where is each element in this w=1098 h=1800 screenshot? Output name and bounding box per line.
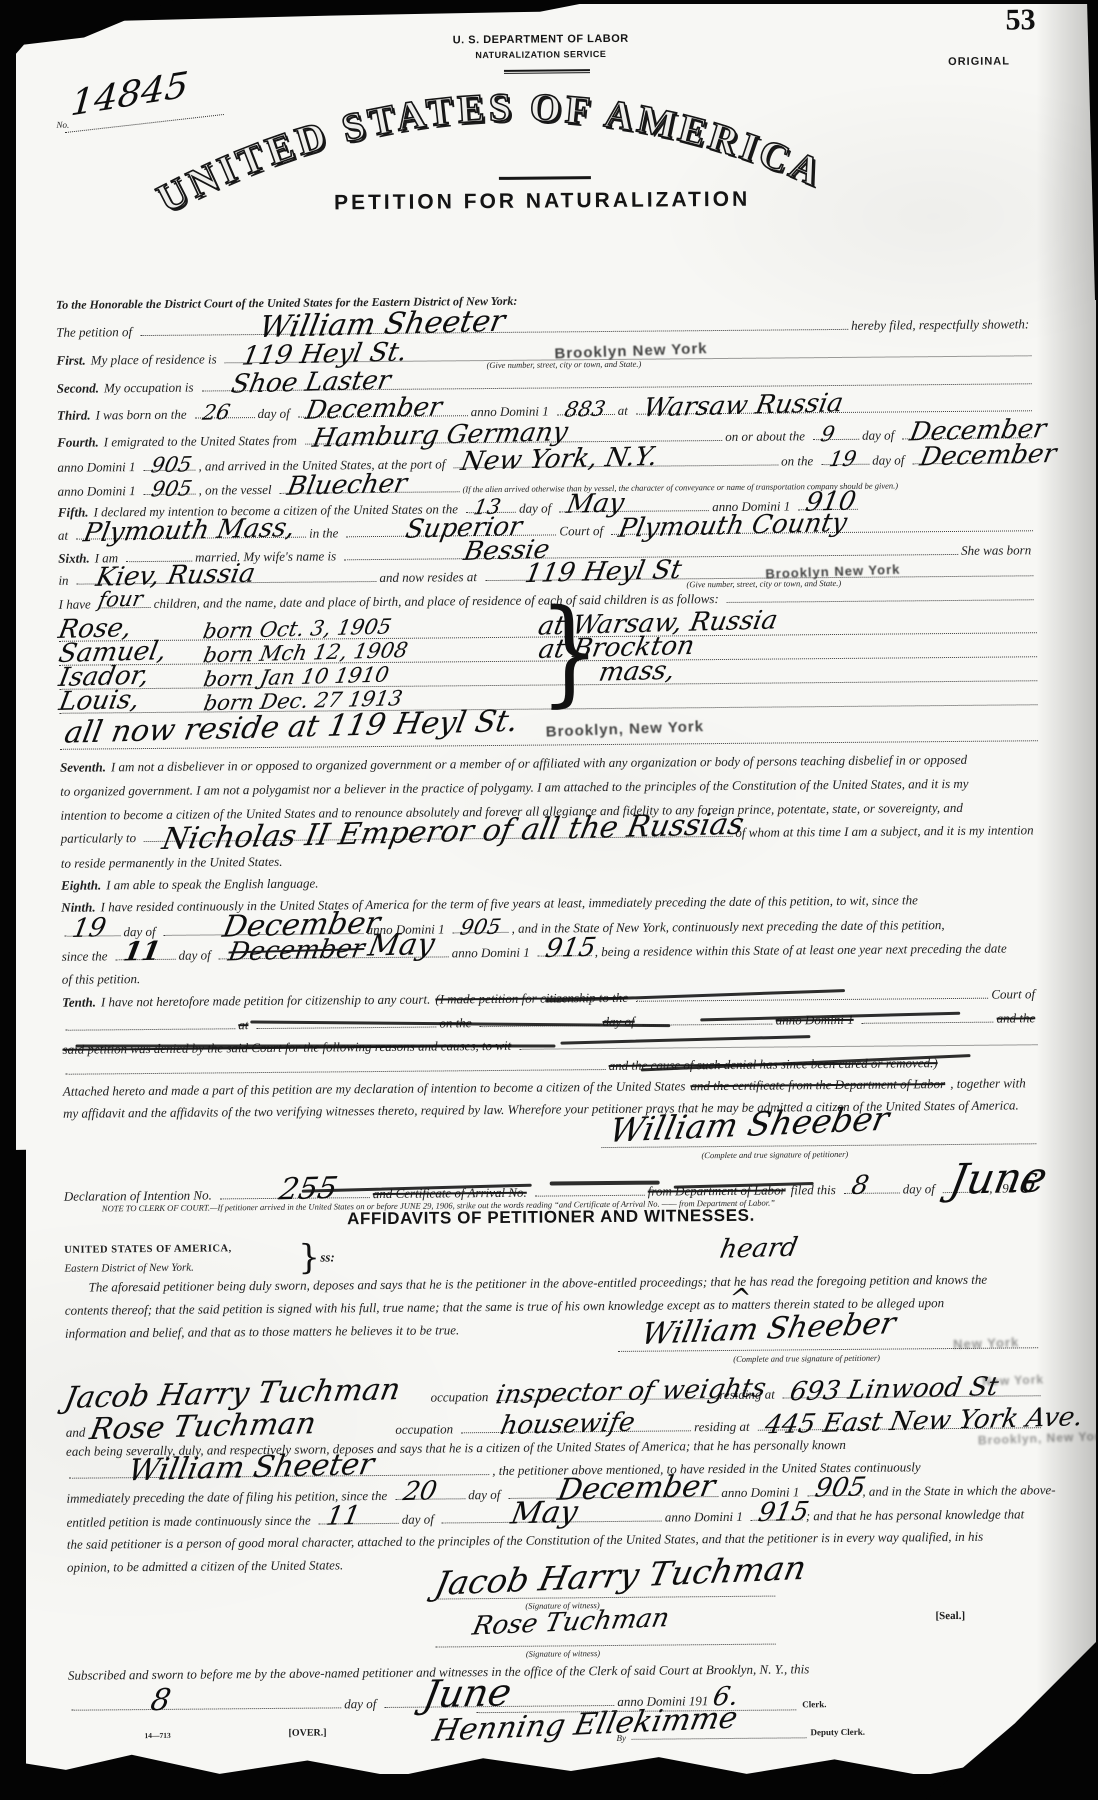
line-seventh-1: Seventh. I am not a disbeliever in or op… bbox=[60, 751, 1038, 776]
blank-witness-1-address: 693 Linwood St New York bbox=[783, 1383, 1041, 1398]
new-york-stamp-1: New York bbox=[953, 1335, 1020, 1352]
blank-witness-1-occupation: inspector of weights bbox=[496, 1386, 716, 1401]
blank-emigration-day: 9 bbox=[813, 427, 859, 440]
seventh-label: Seventh. bbox=[60, 759, 106, 776]
blank-birth-day: 26 bbox=[194, 405, 254, 419]
since-the: since the bbox=[62, 948, 108, 965]
birth-place: Warsaw Russia bbox=[641, 392, 845, 421]
us-res-year: 905 bbox=[459, 918, 503, 938]
blank-us-res-month: December bbox=[164, 921, 364, 936]
blank-state-year: 915 bbox=[751, 1507, 803, 1520]
blank-emigration-place: Hamburg Germany bbox=[305, 428, 723, 445]
blank-state-day: 11 bbox=[319, 1511, 399, 1525]
occupation-value: Shoe Laster bbox=[229, 369, 392, 397]
state-res-day: 11 bbox=[121, 940, 162, 964]
tenth-text: I have not heretofore made petition for … bbox=[101, 992, 431, 1011]
ink-strike bbox=[75, 1045, 555, 1048]
aff-line-1: The aforesaid petitioner being duly swor… bbox=[65, 1271, 1043, 1296]
tenth-and-the: and the bbox=[997, 1010, 1036, 1027]
anno-domini-3: anno Domini 1 bbox=[58, 483, 136, 500]
intention-place: Plymouth Mass, bbox=[82, 516, 297, 545]
line-ninth-3: since the 11 day of December May anno Do… bbox=[62, 939, 1040, 965]
line-tenth-1: Tenth. I have not heretofore made petiti… bbox=[62, 985, 1040, 1011]
blank-state-month: May bbox=[442, 1509, 662, 1524]
line-all-reside: all now reside at 119 Heyl St. Brooklyn,… bbox=[60, 707, 1038, 750]
blank-wife-birthplace: Kiev, Russia bbox=[76, 569, 376, 585]
blank-state-res-year: 915 bbox=[538, 943, 592, 956]
line-ninth-4: of this petition. bbox=[62, 963, 1040, 988]
tenth-at: at bbox=[238, 1017, 248, 1033]
particularly-to: particularly to bbox=[61, 830, 137, 847]
aff-line8-text: the said petitioner is a person of good … bbox=[67, 1529, 984, 1553]
in-the-1: in the bbox=[309, 525, 338, 542]
court-of-2: Court of bbox=[991, 986, 1035, 1003]
deputy-clerk-label: Deputy Clerk. bbox=[810, 1727, 865, 1739]
ss-label: ss: bbox=[320, 1249, 335, 1265]
blank-arrival-day: 19 bbox=[821, 452, 869, 465]
anno-domini-2: anno Domini 1 bbox=[57, 459, 135, 476]
tenth-label: Tenth. bbox=[62, 994, 96, 1011]
blank-decl-number: 255 bbox=[220, 1185, 370, 1199]
blank-state-res-day: 11 bbox=[115, 947, 175, 961]
showeth-text: hereby filed, respectfully showeth: bbox=[851, 316, 1029, 334]
filed-day: 8 bbox=[849, 1174, 870, 1198]
res-day: 20 bbox=[401, 1480, 439, 1504]
anno-domini-8: anno Domini 1 bbox=[665, 1509, 743, 1526]
blank-us-res-day: 19 bbox=[64, 923, 120, 936]
line-second: Second. My occupation is Shoe Laster bbox=[57, 371, 1035, 397]
blank-vessel: Bluecher bbox=[279, 479, 459, 494]
no-label: No. bbox=[56, 120, 69, 131]
blank-us-res-year: 905 bbox=[453, 920, 509, 933]
witness-2-signature-note: (Signature of witness) bbox=[526, 1648, 600, 1659]
ninth-text: I have resided continuously in the Unite… bbox=[101, 892, 918, 915]
line-arrival: anno Domini 1 905 , and arrived in the U… bbox=[57, 450, 1035, 476]
children-brace: } bbox=[538, 584, 600, 719]
aff-line3-text: information and belief, and that as to t… bbox=[65, 1322, 459, 1342]
res-year: 905 bbox=[813, 1476, 867, 1501]
line-eighth: Eighth. I am able to speak the English l… bbox=[61, 869, 1039, 894]
blank-children-count: four bbox=[99, 595, 151, 608]
arrival-port: New York, N.Y. bbox=[459, 445, 659, 474]
affidavit-petitioner-signature: William Sheeber bbox=[639, 1310, 898, 1348]
at-1: at bbox=[618, 403, 628, 419]
clerk-label: Clerk. bbox=[802, 1699, 826, 1710]
aff-line-7: entitled petition is made continuously s… bbox=[67, 1505, 1045, 1531]
petitioner-signature: William Sheeber bbox=[607, 1104, 892, 1146]
eighth-label: Eighth. bbox=[61, 877, 101, 894]
document-content: 53 U. S. DEPARTMENT OF LABOR NATURALIZAT… bbox=[0, 0, 1098, 1800]
emigration-day: 9 bbox=[819, 425, 836, 444]
aff-line9-text: opinion, to be admitted a citizen of the… bbox=[67, 1557, 343, 1576]
reside-line: to reside permanently in the United Stat… bbox=[61, 854, 283, 872]
heard-insert: heard bbox=[718, 1237, 799, 1262]
blank-intention-month: May bbox=[559, 498, 709, 512]
affidavit-signature-note: (Complete and true signature of petition… bbox=[733, 1353, 880, 1364]
day-of-2: day of bbox=[862, 427, 894, 444]
line-seventh-2: to organized government. I am not a poly… bbox=[60, 775, 1038, 800]
residing-at-2: residing at bbox=[694, 1419, 750, 1436]
blank-res-year: 905 bbox=[807, 1483, 859, 1496]
fifth-label: Fifth. bbox=[58, 505, 89, 522]
first-text: My place of residence is bbox=[91, 351, 217, 368]
wife-residence: 119 Heyl St bbox=[522, 559, 682, 587]
petition-of-label: The petition of bbox=[56, 324, 132, 341]
child-3-place: mass, bbox=[597, 660, 677, 685]
third-label: Third. bbox=[57, 407, 91, 424]
jurat-month: June bbox=[421, 1675, 514, 1712]
fourth-text: I emigrated to the United States from bbox=[104, 433, 297, 451]
brooklyn-stamp-3: Brooklyn, New York bbox=[546, 718, 705, 741]
blank-filed-month: June bbox=[943, 1180, 986, 1193]
new-york-stamp-2: New York bbox=[982, 1372, 1044, 1388]
subject-text: of whom at this time I am a subject, and… bbox=[735, 822, 1033, 841]
aff-line1-text: The aforesaid petitioner being duly swor… bbox=[89, 1272, 988, 1296]
day-of-6: day of bbox=[178, 947, 210, 964]
day-of-10: day of bbox=[344, 1696, 376, 1713]
blank-birth-month: December bbox=[298, 403, 468, 417]
witness-1-name: Jacob Harry Tuchman bbox=[62, 1375, 428, 1411]
witness-2-signature-line bbox=[436, 1644, 776, 1648]
witness-1-address: 693 Linwood St bbox=[788, 1375, 1000, 1404]
aff-line-5: William Sheeter , the petitioner above m… bbox=[66, 1457, 1044, 1483]
seventh-line2: to organized government. I am not a poly… bbox=[60, 776, 968, 800]
address-note-1: (Give number, street, city or town, and … bbox=[487, 359, 642, 370]
line-opener: To the Honorable the District Court of t… bbox=[56, 289, 1034, 313]
second-text: My occupation is bbox=[104, 380, 194, 397]
witness-2-name: Rose Tuchman bbox=[87, 1408, 393, 1443]
blank-res-day: 20 bbox=[395, 1486, 465, 1500]
state-res-month: May bbox=[366, 931, 437, 960]
blank-petitioner-name: William Sheeter bbox=[140, 317, 848, 336]
aff-line-3: information and belief, and that as to t… bbox=[65, 1317, 1043, 1342]
blank-jurat-month: June bbox=[384, 1693, 614, 1708]
ninth-text4: of this petition. bbox=[62, 971, 141, 988]
in-word: in bbox=[58, 573, 68, 589]
line-attached-2: my affidavit and the affidavits of the t… bbox=[63, 1097, 1041, 1122]
witness-1-occupation: inspector of weights bbox=[494, 1377, 768, 1407]
occupation-label-1: occupation bbox=[430, 1389, 488, 1406]
arrival-year-905a: 905 bbox=[150, 455, 194, 475]
blank-filed-day: 8 bbox=[844, 1180, 900, 1193]
tenth-struck2: said petition was denied by the said Cou… bbox=[62, 1038, 511, 1058]
blank-arrival-port: New York, N.Y. bbox=[453, 453, 778, 469]
on-or-about: on or about the bbox=[725, 428, 805, 445]
intention-month: May bbox=[565, 492, 626, 517]
children-intro-a: I have bbox=[59, 597, 91, 614]
state-month: May bbox=[509, 1499, 580, 1528]
and-label: and bbox=[66, 1425, 86, 1441]
sixth-label: Sixth. bbox=[58, 551, 90, 568]
us-res-day: 19 bbox=[70, 917, 108, 941]
jurat-day: 8 bbox=[149, 1687, 173, 1715]
residence-value: 119 Heyl St. bbox=[240, 341, 409, 369]
witness-1-line: Jacob Harry Tuchman occupation inspector… bbox=[65, 1373, 1043, 1409]
address-note-2: (Give number, street, city or town, and … bbox=[686, 578, 841, 589]
original-label: ORIGINAL bbox=[948, 55, 1010, 68]
blank-intention-place: Plymouth Mass, bbox=[76, 525, 306, 540]
blank-witness-2-address: 445 East New York Ave. Brooklyn, New Yor… bbox=[758, 1415, 1041, 1430]
arrival-month: December bbox=[918, 442, 1058, 469]
state-res-month-struck: December bbox=[226, 938, 366, 965]
blank-arrival-month: December bbox=[912, 450, 1032, 464]
jurat-line-1: Subscribed and sworn to before me by the… bbox=[68, 1659, 1046, 1684]
by-label: By bbox=[616, 1733, 626, 1744]
blank-children-trail bbox=[727, 587, 1034, 603]
known-name: William Sheeter bbox=[126, 1451, 376, 1484]
at-2: at bbox=[58, 528, 68, 544]
aff-line-8: the said petitioner is a person of good … bbox=[67, 1528, 1045, 1553]
she-was-born: She was born bbox=[961, 542, 1031, 559]
deputy-clerk-line bbox=[632, 1737, 807, 1740]
blank-sovereign: Nicholas II Emperor of all the Russias bbox=[144, 824, 732, 842]
venue-line-2: Eastern District of New York. bbox=[64, 1262, 194, 1277]
day-of-9: day of bbox=[402, 1512, 434, 1529]
blank-intention-county: Plymouth County bbox=[611, 518, 1033, 535]
blank-arrival-year: 905 bbox=[143, 458, 195, 471]
aff-line6b-text: , and in the State in which the above- bbox=[862, 1482, 1055, 1500]
tenth-day-of: day of bbox=[602, 1014, 634, 1031]
blank-vessel-year: 905 bbox=[144, 482, 196, 495]
on-the-1: on the bbox=[781, 453, 813, 470]
line-sovereign: particularly to Nicholas II Emperor of a… bbox=[61, 821, 1039, 847]
blank-tenth-a bbox=[65, 1016, 235, 1030]
birth-month: December bbox=[303, 396, 443, 423]
day-of-1: day of bbox=[257, 406, 289, 423]
day-of-8: day of bbox=[468, 1487, 500, 1504]
line-petition-of: The petition of William Sheeter hereby f… bbox=[56, 315, 1034, 341]
second-label: Second. bbox=[57, 380, 99, 397]
intention-county: Plymouth County bbox=[616, 512, 848, 541]
children-count: four bbox=[97, 590, 145, 610]
blank-tenth-g bbox=[66, 1057, 606, 1075]
petitioner-name: William Sheeter bbox=[257, 308, 507, 341]
petitioner-signature-note: (Complete and true signature of petition… bbox=[701, 1149, 848, 1160]
witness-2-occupation: housewife bbox=[499, 1411, 637, 1438]
blank-occupation: Shoe Laster bbox=[201, 371, 1031, 391]
venue-brace: } bbox=[298, 1238, 320, 1278]
witness-2-signature: Rose Tuchman bbox=[470, 1607, 671, 1639]
wife-birthplace: Kiev, Russia bbox=[94, 562, 257, 590]
day-of-3: day of bbox=[872, 452, 904, 469]
court-of-1: Court of bbox=[559, 523, 603, 540]
form-number: 14—713 bbox=[144, 1731, 170, 1741]
seal-label: [Seal.] bbox=[935, 1610, 965, 1624]
first-label: First. bbox=[56, 353, 85, 370]
day-of-4: day of bbox=[519, 500, 551, 517]
attached-line1a: Attached hereto and made a part of this … bbox=[63, 1078, 686, 1100]
insert-caret: ^ bbox=[726, 1288, 752, 1312]
state-day: 11 bbox=[324, 1504, 362, 1528]
resides-text: and now resides at bbox=[379, 569, 477, 586]
third-text: I was born on the bbox=[95, 407, 186, 424]
attached-struck: and the certificate from the Department … bbox=[690, 1076, 945, 1094]
aff-line7b-text: ; and that he has personal knowledge tha… bbox=[806, 1506, 1025, 1524]
state-year: 915 bbox=[757, 1500, 811, 1525]
eighth-text: I am able to speak the English language. bbox=[106, 876, 318, 894]
aff-line7a-text: entitled petition is made continuously s… bbox=[67, 1513, 311, 1531]
blank-witness-2-occupation: housewife bbox=[461, 1418, 691, 1433]
scanned-petition-page: 53 U. S. DEPARTMENT OF LABOR NATURALIZAT… bbox=[0, 0, 1098, 1800]
venue-line-1: UNITED STATES OF AMERICA, bbox=[64, 1242, 232, 1257]
blank-emigration-month: December bbox=[902, 425, 1032, 439]
arrival-day: 19 bbox=[827, 450, 857, 470]
vessel-name: Bluecher bbox=[285, 472, 408, 499]
child-4-name: Louis, bbox=[57, 687, 202, 714]
state-res-year: 915 bbox=[543, 936, 597, 961]
anno-domini-6: anno Domini 1 bbox=[452, 945, 530, 962]
line-attached-1: Attached hereto and made a part of this … bbox=[63, 1075, 1041, 1100]
all-reside-value: all now reside at 119 Heyl St. bbox=[62, 708, 520, 747]
vessel-year-905b: 905 bbox=[150, 479, 194, 499]
fourth-label: Fourth. bbox=[57, 434, 99, 451]
blank-state-res-month: December May bbox=[219, 944, 449, 959]
ninth-text3: , being a residence within this State of… bbox=[595, 941, 1007, 961]
vessel-text: , on the vessel bbox=[199, 482, 272, 499]
blank-birth-place: Warsaw Russia bbox=[636, 398, 1032, 414]
blank-birth-year: 883 bbox=[557, 402, 615, 416]
line-ninth-1: Ninth. I have resided continuously in th… bbox=[61, 891, 1039, 916]
seventh-line1: I am not a disbeliever in or opposed to … bbox=[111, 752, 967, 776]
blank-jurat-day: 8 bbox=[71, 1695, 341, 1710]
attached-line1b: , together with bbox=[950, 1075, 1026, 1092]
birth-day: 26 bbox=[201, 403, 231, 423]
occupation-label-2: occupation bbox=[395, 1421, 453, 1438]
over-label: [OVER.] bbox=[288, 1727, 326, 1740]
